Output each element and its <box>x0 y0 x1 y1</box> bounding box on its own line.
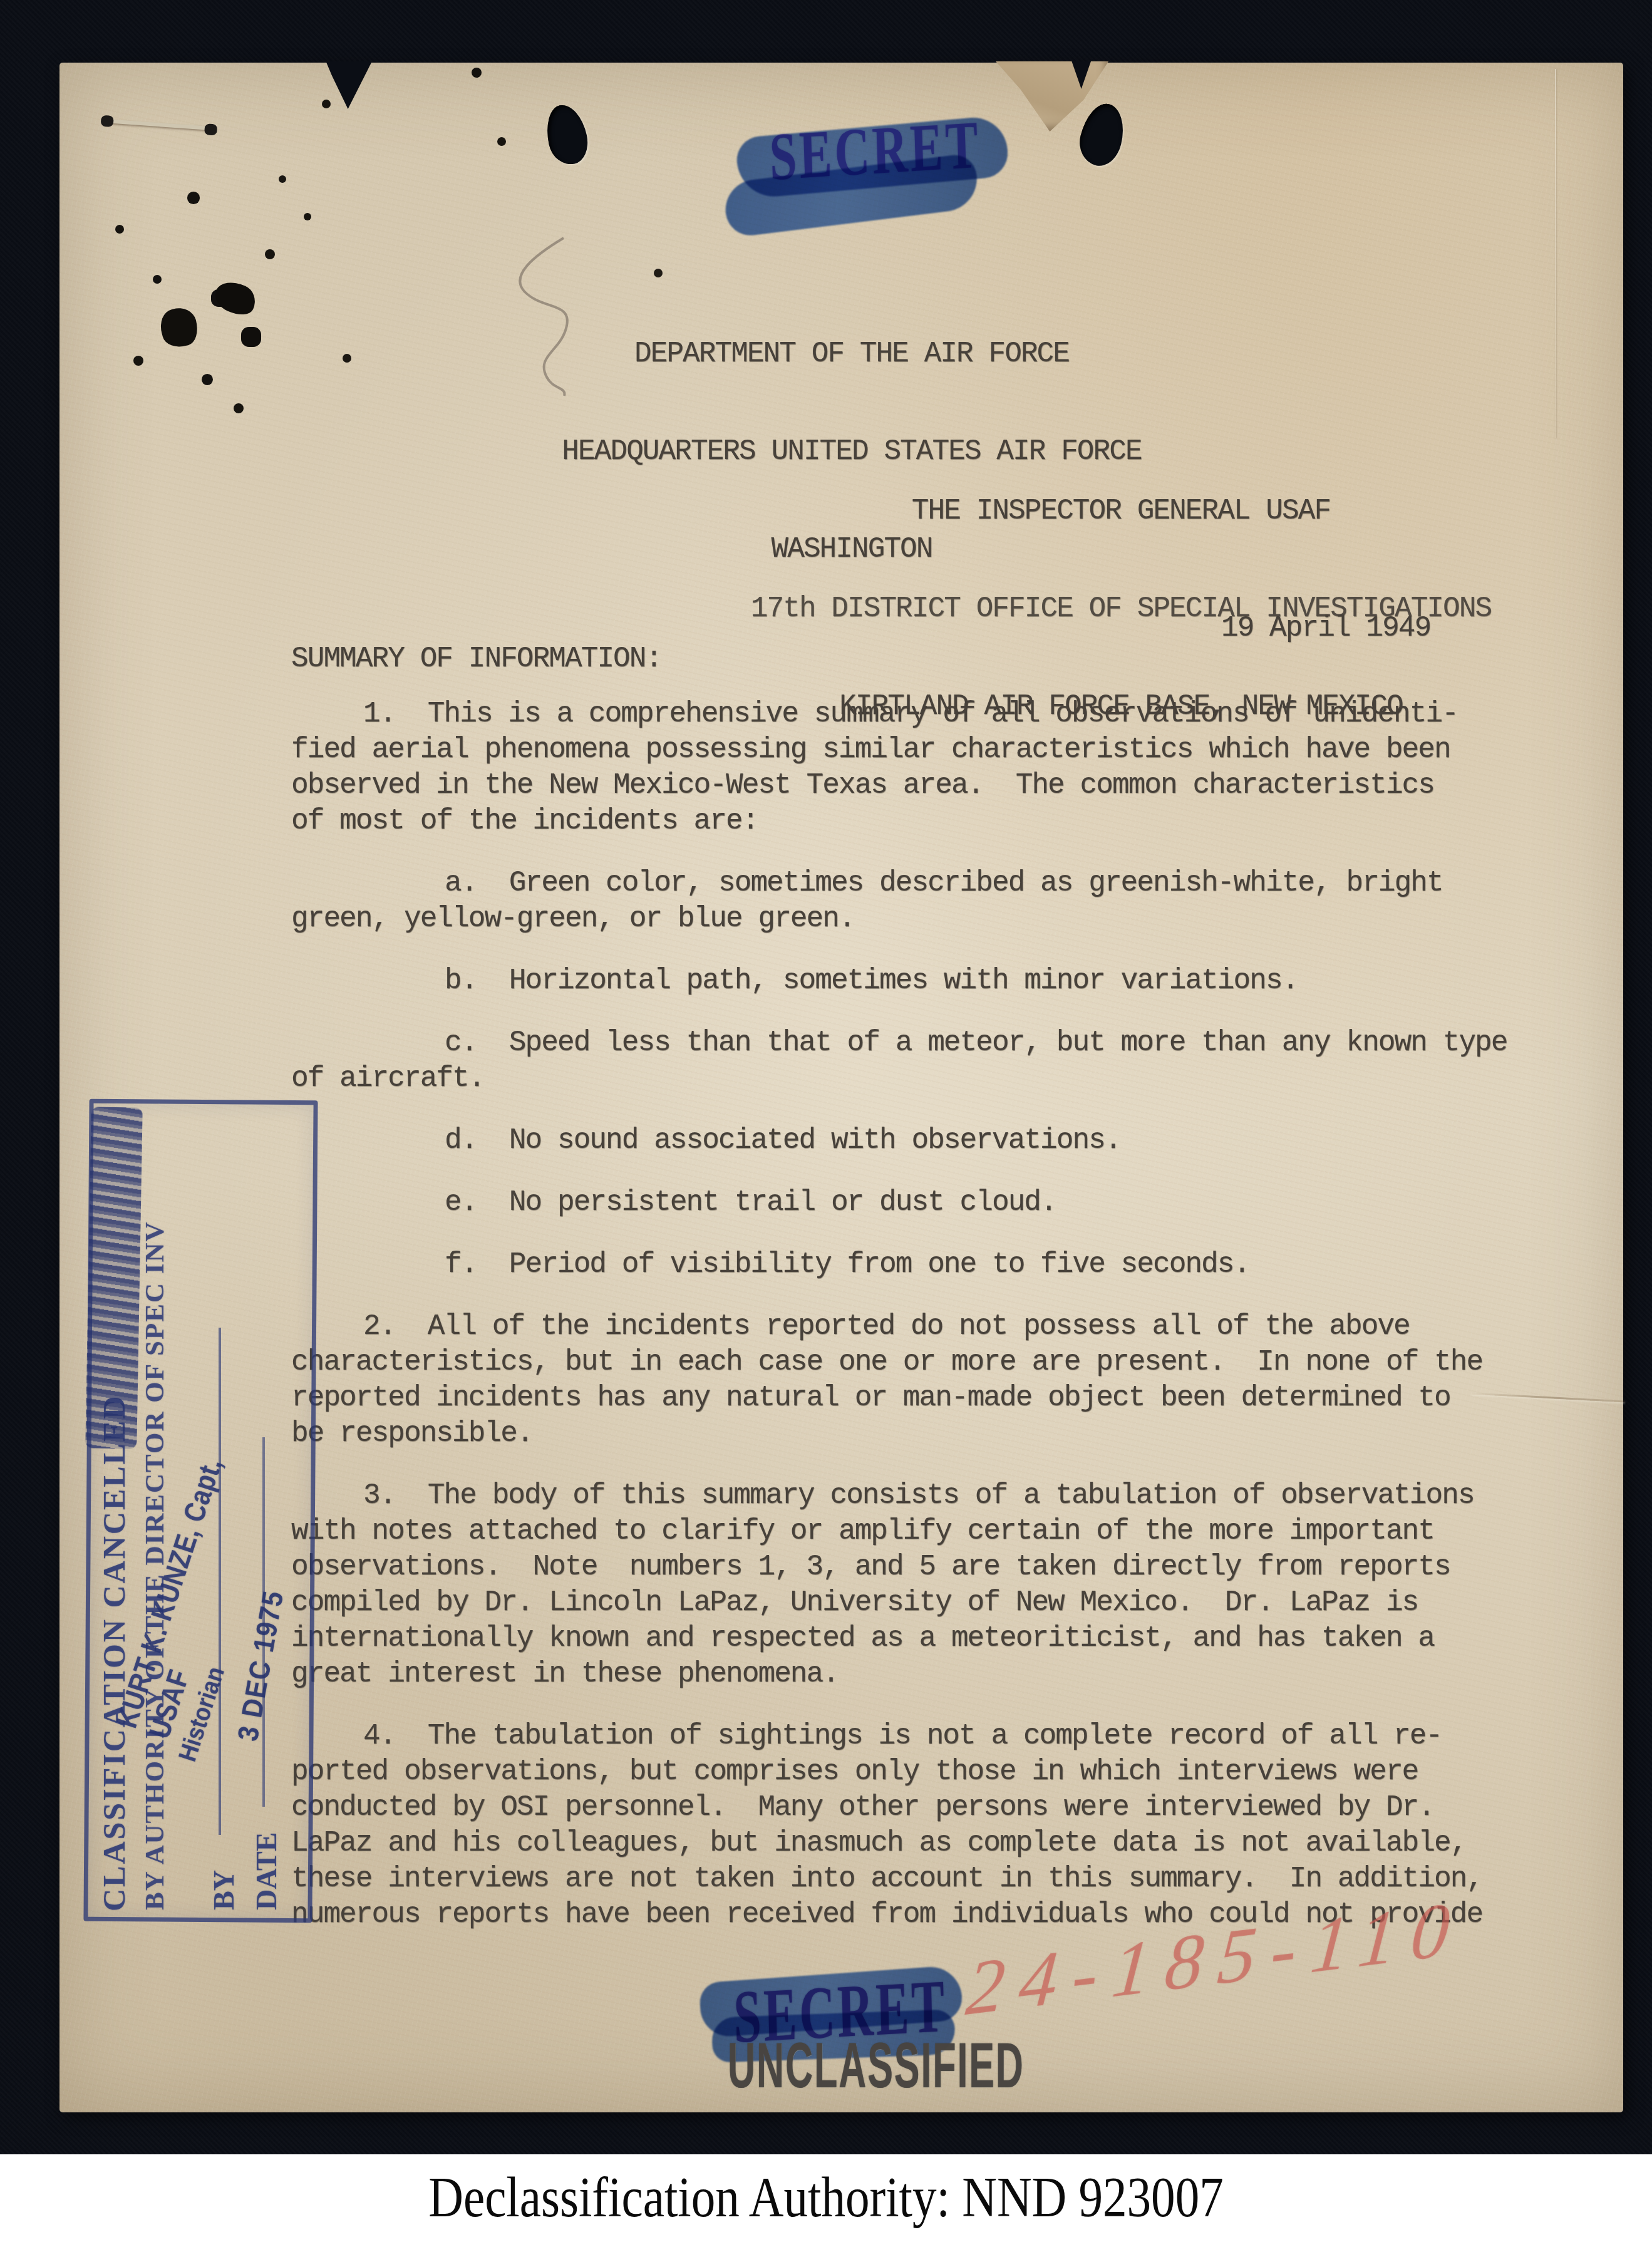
body-text: 1. This is a comprehensive summary of al… <box>291 696 1537 1959</box>
body-paragraph: 1. This is a comprehensive summary of al… <box>291 696 1537 839</box>
body-paragraph: c. Speed less than that of a meteor, but… <box>291 1025 1537 1097</box>
cancellation-stamp-by-label: BY <box>207 1844 240 1910</box>
unclassified-stamp: UNCLASSIFIED <box>728 2029 1025 2102</box>
letterhead-line: DEPARTMENT OF THE AIR FORCE <box>413 338 1290 370</box>
cancellation-stamp-date-label: DATE <box>250 1816 283 1910</box>
paper-crease <box>1555 69 1556 438</box>
staple-mark <box>107 119 209 130</box>
screenshot-root: { "stamps": { "secret_top": "SECRET", "s… <box>0 0 1652 2247</box>
punch-hole-right <box>1075 100 1130 170</box>
document-page: SECRET DEPARTMENT OF THE AIR FORCE HEADQ… <box>59 63 1623 2112</box>
body-paragraph: d. No sound associated with observations… <box>291 1123 1537 1159</box>
struck-out-text-scribble <box>85 1107 142 1449</box>
declassification-footer-bar: Declassification Authority: NND 923007 <box>0 2154 1652 2247</box>
body-paragraph: b. Horizontal path, sometimes with minor… <box>291 963 1537 999</box>
date-line: 19 April 1949 <box>1221 611 1430 646</box>
body-paragraph: 3. The body of this summary consists of … <box>291 1478 1537 1692</box>
ink-blot <box>157 304 202 351</box>
ink-specks <box>59 63 65 68</box>
body-paragraph: a. Green color, sometimes described as g… <box>291 865 1537 937</box>
cancellation-stamp-line2: BY AUTHORITY OF THE DIRECTOR OF SPEC INV <box>140 1115 170 1910</box>
punch-hole-left <box>542 101 592 168</box>
torn-edge-notch <box>322 61 372 109</box>
ink-blot <box>210 276 261 321</box>
body-paragraph: 2. All of the incidents reported do not … <box>291 1309 1537 1452</box>
declassification-authority-text: Declassification Authority: NND 923007 <box>49 2166 1603 2230</box>
body-paragraph: f. Period of visibility from one to five… <box>291 1247 1537 1283</box>
subject-line: SUMMARY OF INFORMATION: <box>291 641 661 677</box>
office-line: THE INSPECTOR GENERAL USAF <box>683 495 1559 527</box>
body-paragraph: e. No persistent trail or dust cloud. <box>291 1185 1537 1221</box>
